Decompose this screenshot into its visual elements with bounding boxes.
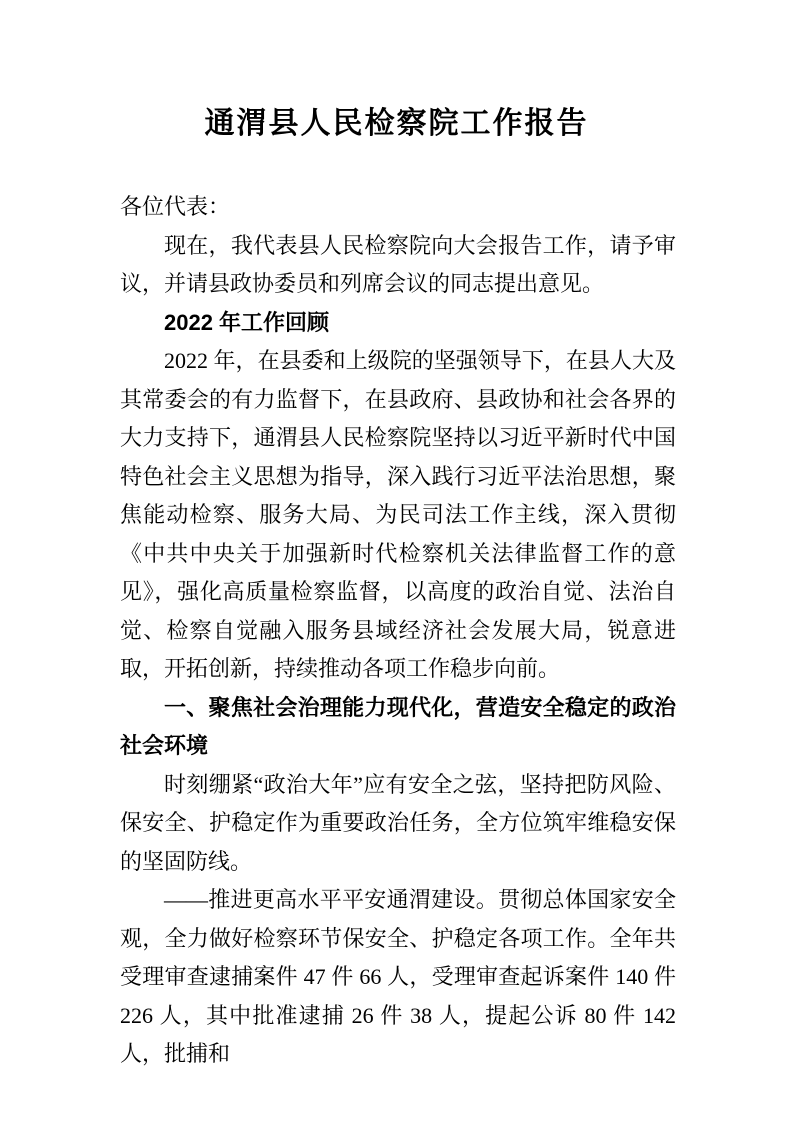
section-heading: 2022 年工作回顾	[120, 304, 676, 343]
section-heading: 一、聚焦社会治理能力现代化，营造安全稳定的政治社会环境	[120, 689, 676, 766]
paragraph: 2022 年，在县委和上级院的坚强领导下，在县人大及其常委会的有力监督下，在县政…	[120, 342, 676, 689]
document-title: 通渭县人民检察院工作报告	[0, 101, 793, 147]
document-body: 各位代表：现在，我代表县人民检察院向大会报告工作，请予审议，并请县政协委员和列席…	[120, 188, 676, 1074]
salutation: 各位代表：	[120, 188, 676, 227]
paragraph: 时刻绷紧“政治大年”应有安全之弦，坚持把防风险、保安全、护稳定作为重要政治任务，…	[120, 766, 676, 882]
paragraph: 现在，我代表县人民检察院向大会报告工作，请予审议，并请县政协委员和列席会议的同志…	[120, 227, 676, 304]
paragraph: ——推进更高水平平安通渭建设。贯彻总体国家安全观，全力做好检察环节保安全、护稳定…	[120, 881, 676, 1074]
document-page: 通渭县人民检察院工作报告 各位代表：现在，我代表县人民检察院向大会报告工作，请予…	[0, 0, 793, 1122]
